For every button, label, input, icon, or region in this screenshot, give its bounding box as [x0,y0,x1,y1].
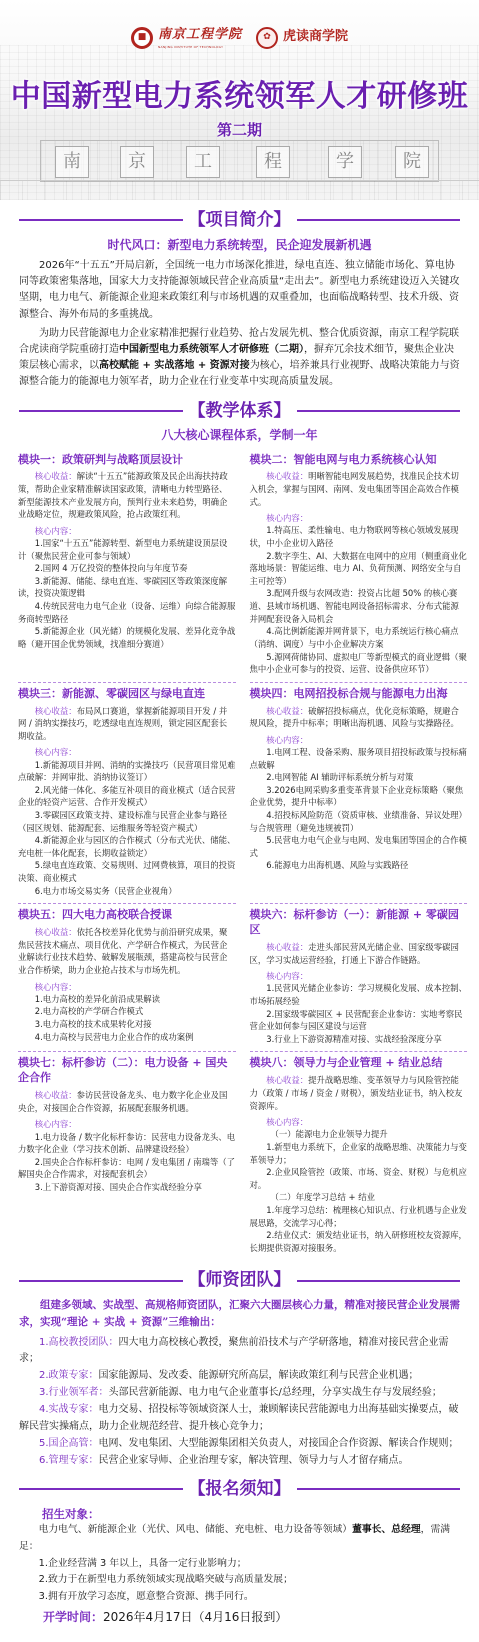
module-item: 1.电网工程、设备采购、服务项目招投标政策与投标痛点破解 [250,746,468,771]
module-title: 模块五：四大电力高校联合授课 [18,908,236,923]
logo-nanjing-institute: ■ 南京工程学院 NANJING INSTITUTE OF TECHNOLOGY [131,26,242,49]
faculty-item: 5.国企高管：电网、发电集团、大型能源集团相关负责人，对接国企合作资源、解读合作… [0,1436,479,1452]
module-item: 5.民营电力电气企业与电网、发电集团等国企的合作模式 [250,834,468,859]
section-curriculum: 【教学体系】 八大核心课程体系，学制一年 模块一：政策研判与战略顶层设计 核心收… [0,399,479,1261]
module-title: 模块三：新能源、零碳园区与绿电直连 [18,687,236,702]
module-card: 模块三：新能源、零碳园区与绿电直连 核心收益：布局风口赛道，掌握新能源项目开发 … [18,683,236,905]
module-item: 1.国家“十五五”能源转型、新型电力系统建设顶层设计（聚焦民营企业可参与领域） [18,537,236,562]
module-item: 4.新能源企业与园区的合作模式（分布式光伏、储能、充电桩一体化配套，长期收益锁定… [18,834,236,859]
module-item: 2.电网智能 AI 辅助评标系统分析与对策 [250,771,468,784]
section-subtitle: 时代风口：新型电力系统转型，民企迎发展新机遇 [0,237,479,254]
program-session: 第二期 [0,120,479,142]
section-header: 【项目简介】 [0,208,479,233]
wall-character: 京 [120,146,154,178]
section-title: 【报名须知】 [183,1477,297,1502]
program-title: 中国新型电力系统领军人才研修班 [0,75,479,119]
highlight-core-formula: 高校赋能 + 实战落地 + 资源对接 [99,360,250,371]
module-card: 模块二：智能电网与电力系统核心认知 核心收益：明晰智能电网发展趋势，找准民企技术… [250,449,468,683]
intro-paragraph-2: 为助力民营能源电力企业家精准把握行业趋势、抢占发展先机、整合优质资源，南京工程学… [19,326,460,391]
section-title: 【师资团队】 [183,1268,297,1293]
divider-line [297,219,461,221]
module-item: 3.零碳园区政策支持、建设标准与民营企业参与路径（园区规划、能源配套、运维服务等… [18,809,236,834]
wall-character: 工 [186,146,220,178]
brochure-page: 南 京 工 程 学 院 ■ 南京工程学院 NANJING INSTITUTE O… [0,0,479,1642]
module-title: 模块八：领导力与企业管理 + 结业总结 [250,1056,468,1071]
benefit-label: 核心收益： [35,927,77,937]
module-item: 5.新能源企业（风光储）的规模化发展、差异化竞争战略（避开国企优势领域，找准细分… [18,625,236,650]
module-card: 模块四：电网招投标合规与能源电力出海 核心收益：破解招投标痛点，优化竞标策略，规… [250,683,468,905]
faculty-item: 3.行业领军者：头部民营新能源、电力电气企业董事长/总经理，分享实战生存与发展经… [0,1385,479,1401]
benefit-label: 核心收益： [266,471,308,481]
tiger-emblem-icon: ✿ [256,27,278,49]
section-header: 【报名须知】 [0,1477,479,1502]
module-item: 2.风光储一体化、多能互补项目的商业模式（适合民营企业的轻资产运营、合作开发模式… [18,784,236,809]
faculty-desc: 头部民营新能源、电力电气企业董事长/总经理，分享实战生存与发展经验； [109,1387,442,1398]
module-item: 2.国家级零碳园区 + 民营配套企业参访：实地考察民营企业如何参与园区建设与运营 [250,1008,468,1033]
divider-line [19,410,183,412]
logo-hudu-business-school: ✿ 虎读商学院 [256,27,348,49]
module-benefit: 核心收益：提升战略思维、变革领导力与风险管控能力（政策 / 市场 / 资金 / … [250,1074,468,1112]
faculty-role: 4.实战专家： [39,1404,99,1415]
faculty-role: 5.国企高管： [39,1438,99,1449]
module-item: 1.电力高校的差异化前沿成果解读 [18,993,236,1006]
module-title: 模块七：标杆参访（二）：电力设备 + 国央企合作 [18,1056,236,1086]
requirement-item: 2.致力于在新型电力系统领域实现战略突破与高质量发展； [19,1572,460,1589]
highlight-target-roles: 董事长、总经理 [352,1524,421,1535]
faculty-item: 6.管理专家：民营企业家导师、企业治理专家，解决管理、领导力与人才留存痛点。 [0,1453,479,1469]
section-enrollment: 【报名须知】 招生对象： 电力电气、新能源企业（光伏、风电、储能、充电桩、电力设… [0,1477,479,1642]
module-item: 3.新能源、储能、绿电直连、零碳园区等政策深度解读，投资决策逻辑 [18,575,236,600]
highlight-program-name: 中国新型电力系统领军人才研修班（二期） [119,344,304,355]
faculty-item: 2.政策专家：国家能源局、发改委、能源研究所高层，解读政策红利与民营企业机遇； [0,1368,479,1384]
section-title: 【项目简介】 [183,208,297,233]
module-item: 3.配网升级与农网改造：投资占比超 50% 的核心赛道、县域市场机遇、智能电网设… [250,587,468,625]
university-seal-icon: ■ [131,27,153,49]
module-benefit: 核心收益：破解招投标痛点，优化竞标策略，规避合规风险，提升中标率；明晰出海机遇、… [250,705,468,730]
wall-character: 院 [395,146,429,178]
module-benefit: 核心收益：走进头部民营风光储企业、国家级零碳园区，学习实战运营经验，打通上下游合… [250,941,468,966]
module-title: 模块六：标杆参访（一）：新能源 + 零碳园区 [250,908,468,938]
content-label: 核心内容： [18,981,236,993]
section-subtitle: 八大核心课程体系，学制一年 [0,427,479,444]
module-item: 2.国央企合作标杆参访：电网 / 发电集团 / 南瑞等（了解国央企合作需求，对接… [18,1156,236,1181]
section-header: 【教学体系】 [0,399,479,424]
benefit-label: 核心收益： [35,1090,77,1100]
module-item: 2.结业仪式：颁发结业证书，纳入研修班校友资源库，长期提供资源对接服务。 [250,1229,468,1254]
partner-logos: ■ 南京工程学院 NANJING INSTITUTE OF TECHNOLOGY… [0,26,479,49]
intro-paragraph-1: 2026年“十五五”开局启新，全国统一电力市场深化推进，绿电直连、独立储能市场化… [19,258,460,323]
logo-a-subtitle: NANJING INSTITUTE OF TECHNOLOGY [158,45,242,49]
benefit-label: 核心收益： [266,1075,308,1085]
divider-line [297,1280,461,1282]
module-item: 4.高比例新能源并网背景下，电力系统运行核心痛点（消纳、调度）与中小企业解决方案 [250,625,468,650]
benefit-label: 核心收益： [35,471,77,481]
campus-gate-wall [40,140,439,182]
content-label: 核心内容： [250,512,468,524]
module-benefit: 核心收益：布局风口赛道，掌握新能源项目开发 / 并网 / 消纳实操技巧，吃透绿电… [18,705,236,743]
module-title: 模块四：电网招投标合规与能源电力出海 [250,687,468,702]
module-card: 模块五：四大电力高校联合授课 核心收益：依托各校差异化优势与前沿研究成果，聚焦民… [18,904,236,1052]
module-item: 2.企业风险管控（政策、市场、资金、财税）与危机应对。 [250,1166,468,1191]
section-faculty: 【师资团队】 组建多领域、实战型、高规格师资团队，汇聚六大圈层核心力量，精准对接… [0,1268,479,1469]
module-grid: 模块一：政策研判与战略顶层设计 核心收益：解读“十五五”能源政策及民企出海扶持政… [0,449,479,1261]
divider-line [19,1488,183,1490]
faculty-desc: 民营企业家导师、企业治理专家，解决管理、领导力与人才留存痛点。 [99,1455,409,1466]
module-item: 4.传统民营电力电气企业（设备、运维）向综合能源服务商转型路径 [18,600,236,625]
section-header: 【师资团队】 [0,1268,479,1293]
module-item: 6.能源电力出海机遇、风险与实践路径 [250,859,468,872]
module-item: 1.特高压、柔性输电、电力物联网等核心领域发展现状，中小企业切入路径 [250,524,468,549]
module-item: 4.电力高校与民营电力企业合作的成功案例 [18,1031,236,1044]
start-date-value: 2026年4月17日（4月16日报到） [103,1610,287,1624]
module-group-label: （一）能源电力企业领导力提升 [250,1128,468,1141]
module-benefit: 核心收益：依托各校差异化优势与前沿研究成果，聚焦民营技术痛点、项目优化、产学研合… [18,926,236,976]
module-item: 2.数字孪生、AI、大数据在电网中的应用（侧重商业化落地场景：智能运维、电力 A… [250,550,468,588]
module-item: 4.招投标风险防范（资质审核、业绩准备、异议处理）与合规管理（避免违规被罚） [250,809,468,834]
module-card: 模块八：领导力与企业管理 + 结业总结 核心收益：提升战略思维、变革领导力与风险… [250,1052,468,1260]
module-item: 3.2026电网采购多重变革背景下企业竞标策略（聚焦企业优势，提升中标率） [250,784,468,809]
start-date-label: 开学时间： [43,1610,103,1624]
faculty-role: 6.管理专家： [39,1455,99,1466]
requirement-item: 1.企业经营满 3 年以上，具备一定行业影响力； [19,1556,460,1573]
wall-character: 南 [55,146,89,178]
module-benefit: 核心收益：解读“十五五”能源政策及民企出海扶持政策，帮助企业家精准解读国家政策，… [18,470,236,520]
module-group-label: （二）年度学习总结 + 结业 [250,1191,468,1204]
start-date: 开学时间：2026年4月17日（4月16日报到） [19,1609,460,1626]
module-item: 3.上下游资源对接、国央企合作实战经验分享 [18,1181,236,1194]
faculty-desc: 国家能源局、发改委、能源研究所高层，解读政策红利与民营企业机遇； [99,1370,419,1381]
module-item: 1.年度学习总结：梳理核心知识点、行业机遇与企业发展思路，交流学习心得； [250,1204,468,1229]
logo-b-name: 虎读商学院 [283,28,348,47]
campus-ground [0,180,479,200]
benefit-label: 核心收益： [266,942,308,952]
content-label: 核心内容： [250,1116,468,1128]
section-title: 【教学体系】 [183,399,297,424]
module-card: 模块一：政策研判与战略顶层设计 核心收益：解读“十五五”能源政策及民企出海扶持政… [18,449,236,683]
module-item: 1.新型电力系统下，企业家的战略思维、决策能力与变革领导力； [250,1141,468,1166]
faculty-intro: 组建多领域、实战型、高规格师资团队，汇聚六大圈层核心力量，精准对接民营企业发展需… [0,1297,479,1332]
divider-line [19,219,183,221]
content-label: 核心内容： [250,734,468,746]
wall-character: 学 [328,146,362,178]
divider-line [297,1488,461,1490]
module-benefit: 核心收益：参访民营设备龙头、电力数字化企业及国央企，对接国企合作资源，拓展配套服… [18,1089,236,1114]
logo-a-name: 南京工程学院 [158,27,242,42]
module-item: 1.电力设备 / 数字化标杆参访：民营电力设备龙头、电力数字化企业（学习技术创新… [18,1131,236,1156]
module-item: 3.电力高校的技术成果转化对接 [18,1018,236,1031]
module-item: 1.民营风光储企业参访：学习规模化发展、成本控制、市场拓展经验 [250,982,468,1007]
module-card: 模块六：标杆参访（一）：新能源 + 零碳园区 核心收益：走进头部民营风光储企业、… [250,904,468,1052]
module-item: 5.绿电直连政策、交易规则、过网费核算，项目的投资决策、商业模式 [18,859,236,884]
content-label: 核心内容： [18,1118,236,1130]
benefit-label: 核心收益： [35,706,77,716]
faculty-desc: 电网、发电集团、大型能源集团相关负责人，对接国企合作资源、解读合作规则； [99,1438,459,1449]
wall-character: 程 [256,146,290,178]
text: 电力电气、新能源企业（光伏、风电、储能、充电桩、电力设备等领域） [39,1524,353,1535]
section-intro: 【项目简介】 时代风口：新型电力系统转型，民企迎发展新机遇 2026年“十五五”… [0,208,479,391]
module-title: 模块二：智能电网与电力系统核心认知 [250,453,468,468]
target-label: 招生对象： [19,1506,460,1523]
target-description: 电力电气、新能源企业（光伏、风电、储能、充电桩、电力设备等领域）董事长、总经理，… [19,1522,460,1555]
module-item: 6.电力市场交易实务（民营企业视角） [18,885,236,898]
module-item: 5.源网荷储协同、虚拟电厂等新型模式的商业逻辑（聚焦中小企业可参与的投资、运营、… [250,651,468,676]
module-title: 模块一：政策研判与战略顶层设计 [18,453,236,468]
module-item: 3.行业上下游资源精准对接、实战经验深度分享 [250,1033,468,1046]
hero-banner: 南 京 工 程 学 院 ■ 南京工程学院 NANJING INSTITUTE O… [0,0,479,200]
faculty-role: 1.高校教授团队： [39,1337,119,1348]
module-item: 2.国网 4 万亿投资的整体投向与年度节奏 [18,562,236,575]
module-item: 2.电力高校的产学研合作模式 [18,1005,236,1018]
divider-line [297,410,461,412]
content-label: 核心内容： [250,970,468,982]
faculty-role: 2.政策专家： [39,1370,99,1381]
faculty-role: 3.行业领军者： [39,1387,109,1398]
requirement-item: 3.拥有开放学习态度，愿意整合资源、携手同行。 [19,1589,460,1606]
faculty-item: 1.高校教授团队：四大电力高校核心教授，聚焦前沿技术与产学研落地，精准对接民营企… [0,1335,479,1367]
content-label: 核心内容： [18,746,236,758]
benefit-label: 核心收益： [266,706,308,716]
divider-line [19,1280,183,1282]
module-benefit: 核心收益：明晰智能电网发展趋势，找准民企技术切入机会，掌握与国网、南网、发电集团… [250,470,468,508]
faculty-item: 4.实战专家：电力交易、招投标等领域资深人士，兼顾解读民营能源电力出海基础实操要… [0,1402,479,1434]
module-item: 1.新能源项目并网、消纳的实操技巧（民营项目常见难点破解：并网审批、消纳协议签订… [18,759,236,784]
content-label: 核心内容： [18,525,236,537]
module-card: 模块七：标杆参访（二）：电力设备 + 国央企合作 核心收益：参访民营设备龙头、电… [18,1052,236,1260]
